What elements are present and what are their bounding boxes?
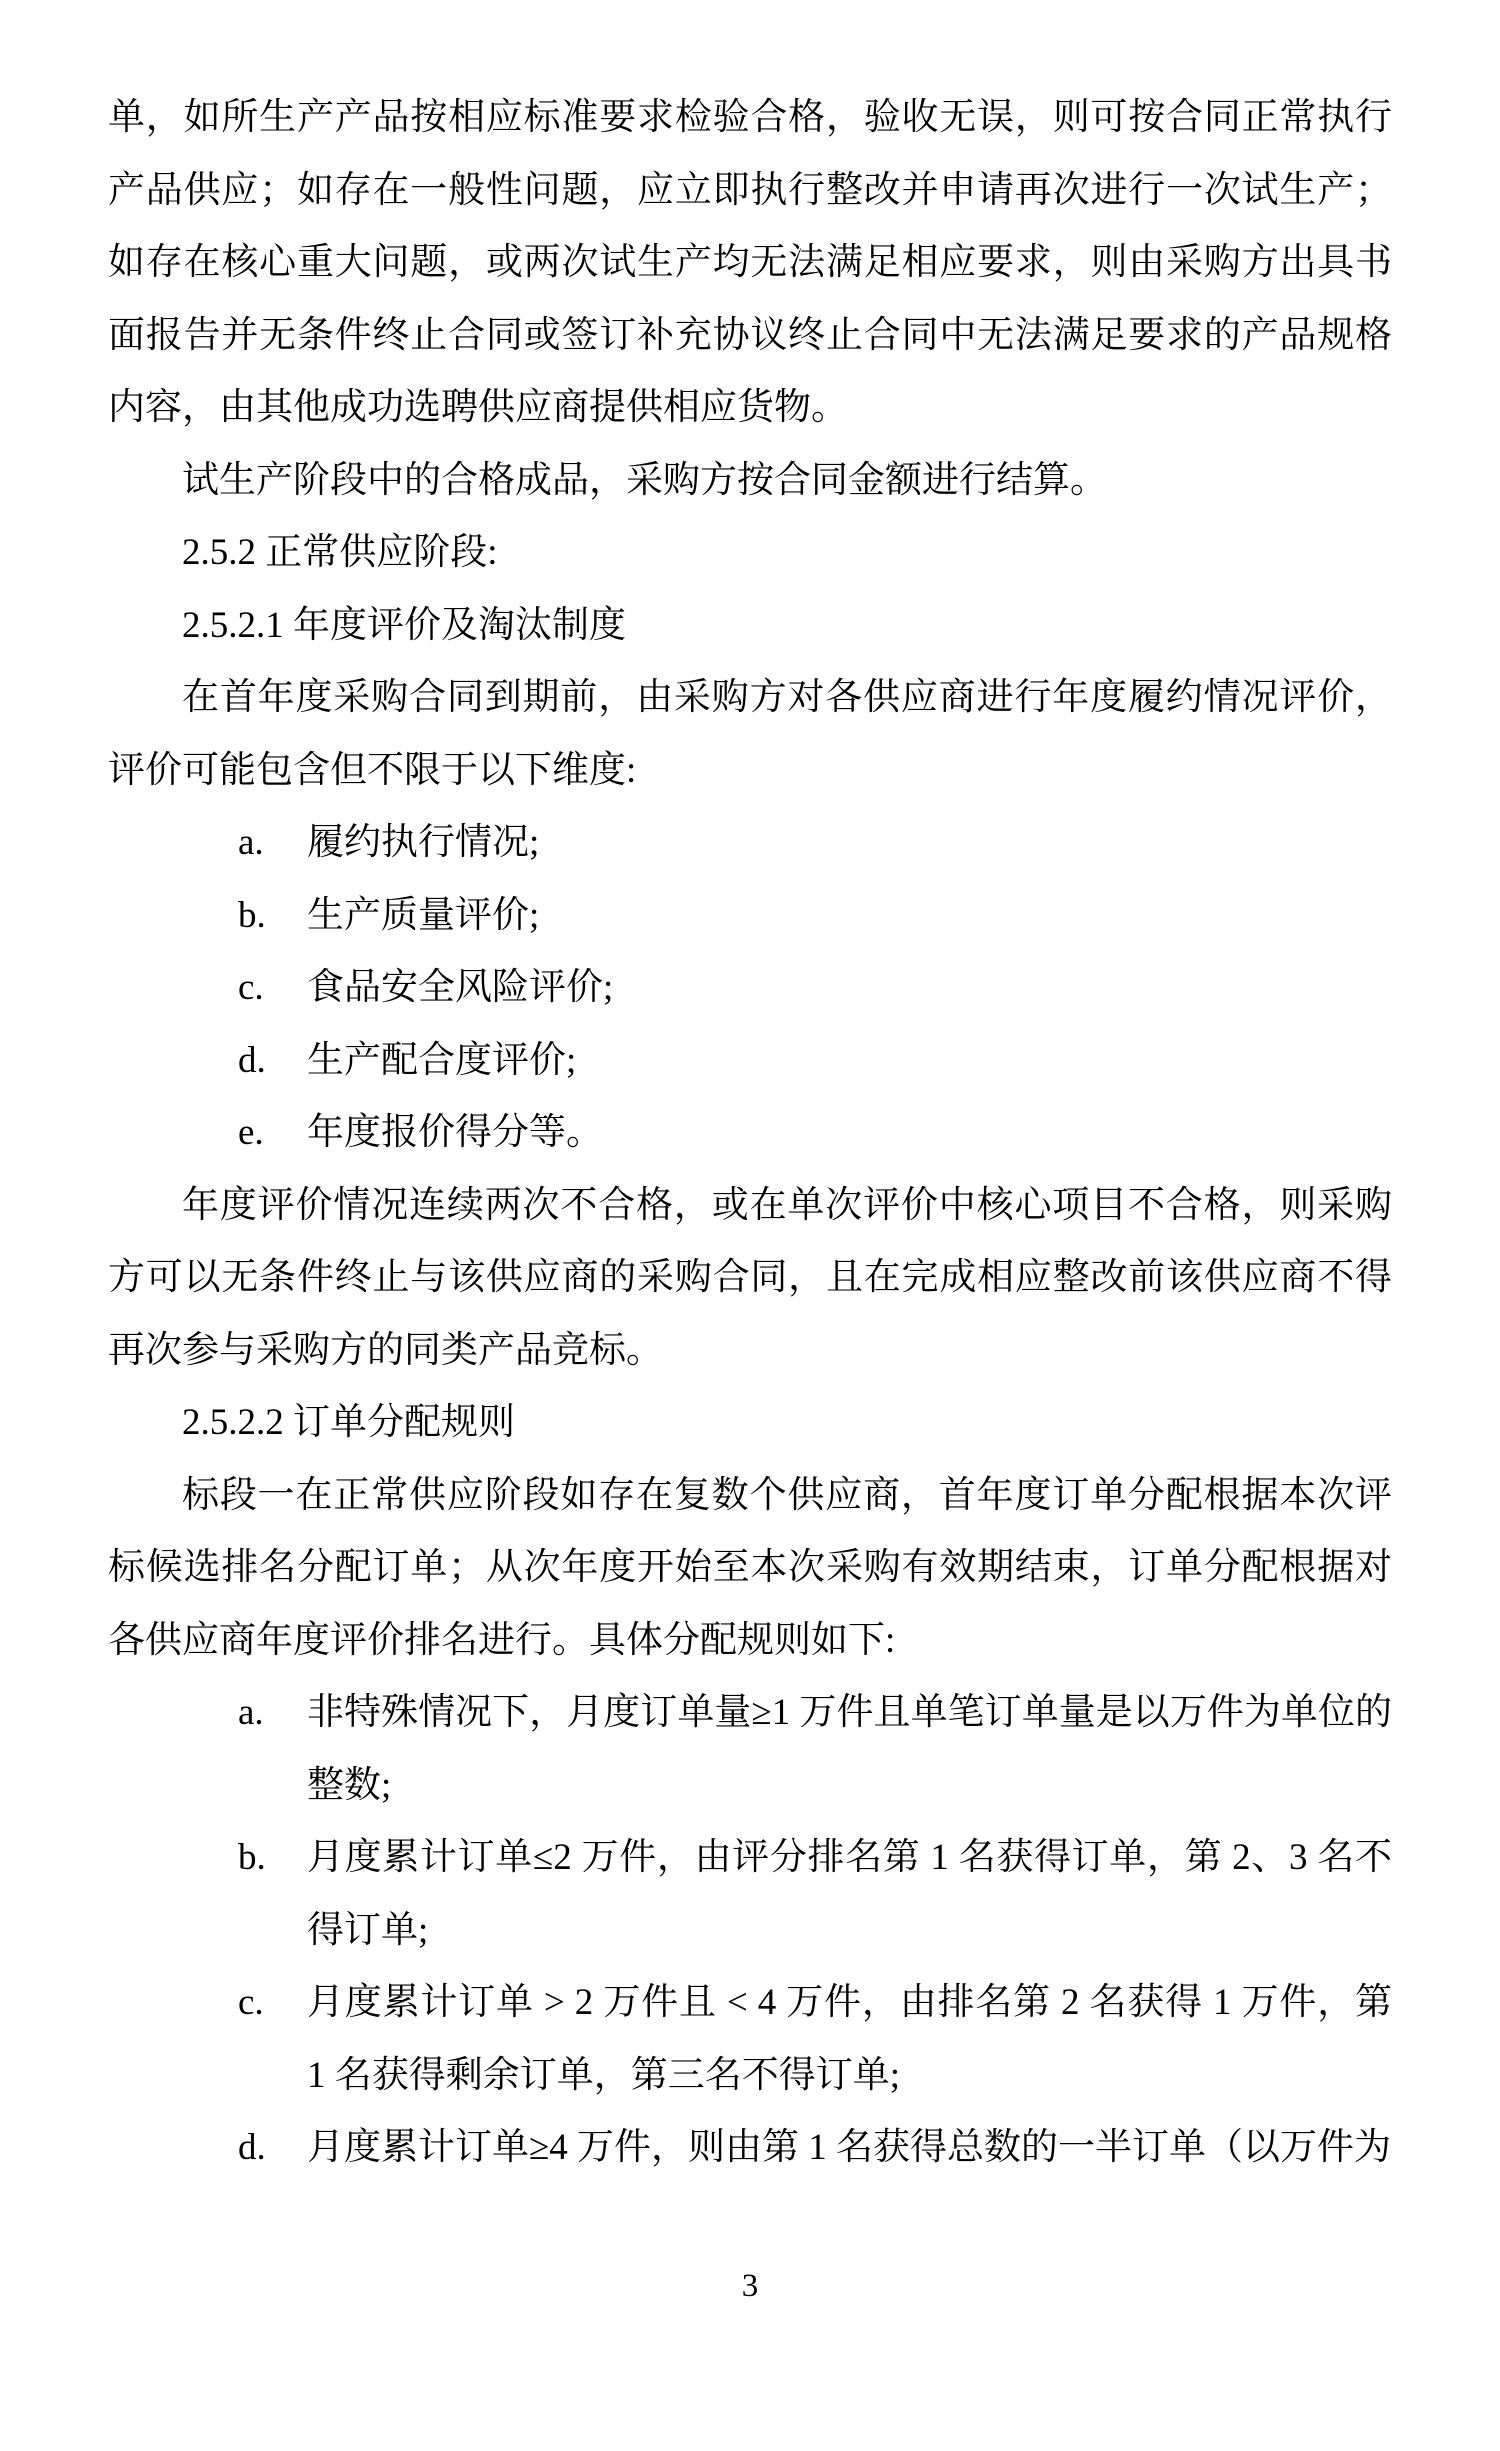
list-item: a.履约执行情况;	[108, 807, 1392, 880]
list-item-marker: d.	[238, 1025, 266, 1098]
list-item: b.生产质量评价;	[108, 880, 1392, 953]
evaluation-dimension-list: a.履约执行情况; b.生产质量评价; c.食品安全风险评价; d.生产配合度评…	[108, 807, 1392, 1170]
heading-2-5-2-1: 2.5.2.1 年度评价及淘汰制度	[108, 590, 1392, 663]
list-item: d.月度累计订单≥4 万件，则由第 1 名获得总数的一半订单（以万件为	[108, 2112, 1392, 2185]
list-item: c.食品安全风险评价;	[108, 952, 1392, 1025]
list-item-text: 非特殊情况下，月度订单量≥1 万件且单笔订单量是以万件为单位的整数;	[307, 1692, 1392, 1806]
paragraph-order-allocation: 标段一在正常供应阶段如存在复数个供应商，首年度订单分配根据本次评标候选排名分配订…	[108, 1460, 1392, 1678]
list-item-text: 食品安全风险评价;	[307, 967, 613, 1008]
list-item-text: 年度报价得分等。	[307, 1112, 603, 1153]
list-item-marker: a.	[238, 1677, 264, 1750]
list-item-text: 月度累计订单≥4 万件，则由第 1 名获得总数的一半订单（以万件为	[307, 2127, 1391, 2168]
page-body: 单，如所生产产品按相应标准要求检验合格，验收无误，则可按合同正常执行产品供应；如…	[108, 82, 1392, 2185]
list-item-text: 生产配合度评价;	[307, 1040, 576, 1081]
allocation-rule-list: a.非特殊情况下，月度订单量≥1 万件且单笔订单量是以万件为单位的整数; b.月…	[108, 1677, 1392, 2185]
paragraph-annual-evaluation: 在首年度采购合同到期前，由采购方对各供应商进行年度履约情况评价，评价可能包含但不…	[108, 662, 1392, 807]
heading-2-5-2: 2.5.2 正常供应阶段:	[108, 517, 1392, 590]
list-item-marker: c.	[238, 1967, 264, 2040]
list-item-text: 履约执行情况;	[307, 822, 539, 863]
paragraph-elimination-rule: 年度评价情况连续两次不合格，或在单次评价中核心项目不合格，则采购方可以无条件终止…	[108, 1170, 1392, 1388]
list-item-marker: a.	[238, 807, 264, 880]
list-item-text: 月度累计订单 > 2 万件且 < 4 万件，由排名第 2 名获得 1 万件，第 …	[307, 1982, 1392, 2096]
paragraph-trial-settlement: 试生产阶段中的合格成品，采购方按合同金额进行结算。	[108, 445, 1392, 518]
list-item-text: 月度累计订单≤2 万件，由评分排名第 1 名获得订单，第 2、3 名不得订单;	[307, 1837, 1392, 1951]
list-item-marker: b.	[238, 880, 266, 953]
document-page: 单，如所生产产品按相应标准要求检验合格，验收无误，则可按合同正常执行产品供应；如…	[0, 0, 1500, 2451]
list-item: e.年度报价得分等。	[108, 1097, 1392, 1170]
list-item: a.非特殊情况下，月度订单量≥1 万件且单笔订单量是以万件为单位的整数;	[108, 1677, 1392, 1822]
list-item: b.月度累计订单≤2 万件，由评分排名第 1 名获得订单，第 2、3 名不得订单…	[108, 1822, 1392, 1967]
list-item-marker: c.	[238, 952, 264, 1025]
list-item-marker: e.	[238, 1097, 264, 1170]
list-item: d.生产配合度评价;	[108, 1025, 1392, 1098]
list-item-marker: b.	[238, 1822, 266, 1895]
page-number: 3	[0, 2266, 1500, 2306]
list-item-marker: d.	[238, 2112, 266, 2185]
list-item: c.月度累计订单 > 2 万件且 < 4 万件，由排名第 2 名获得 1 万件，…	[108, 1967, 1392, 2112]
paragraph-contract-execution: 单，如所生产产品按相应标准要求检验合格，验收无误，则可按合同正常执行产品供应；如…	[108, 82, 1392, 445]
heading-2-5-2-2: 2.5.2.2 订单分配规则	[108, 1387, 1392, 1460]
list-item-text: 生产质量评价;	[307, 895, 539, 936]
